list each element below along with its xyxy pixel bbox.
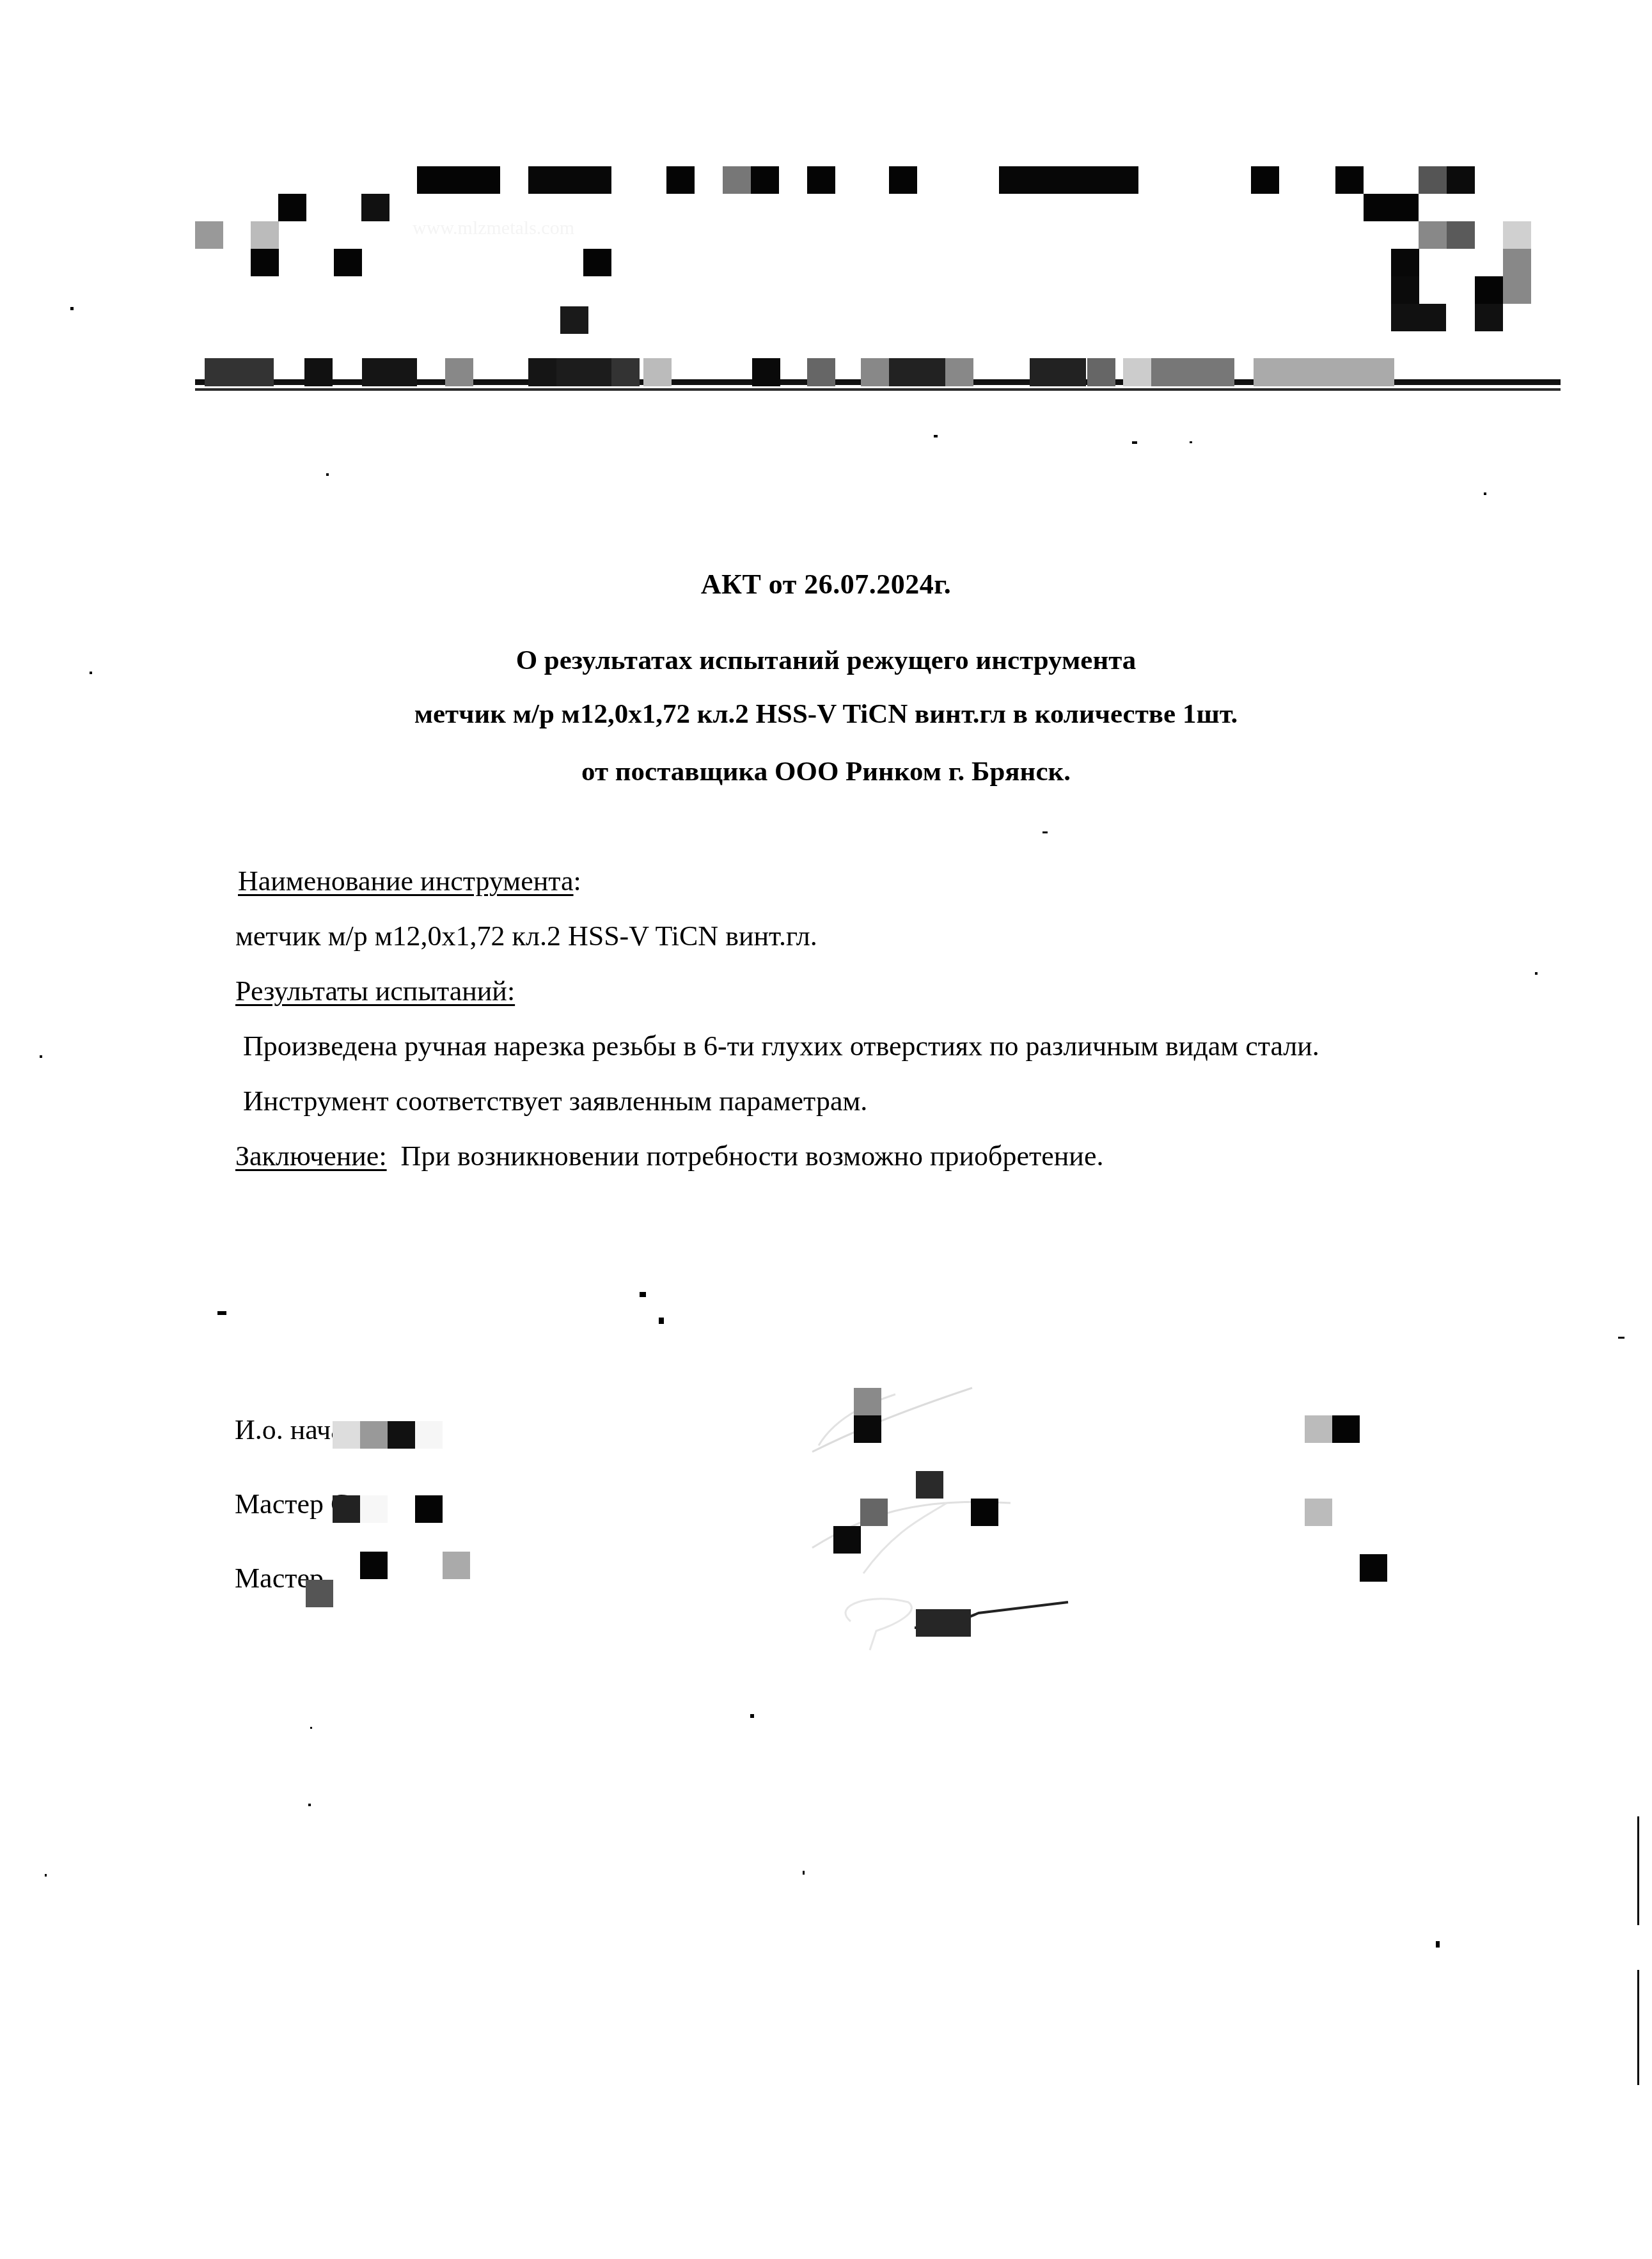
conclusion-label: Заключение: [235, 1140, 387, 1172]
redaction-block [1503, 249, 1531, 276]
redaction-block [1475, 304, 1503, 331]
redaction-block [560, 306, 588, 334]
redaction-block [528, 166, 611, 194]
redaction-block [195, 221, 223, 249]
letterhead-rule-thin [195, 388, 1561, 391]
redaction-block [889, 166, 917, 194]
redaction-block [415, 1421, 443, 1449]
redaction-block [889, 358, 945, 386]
tool-name-label: Наименование инструмента [238, 865, 574, 897]
redaction-block [278, 194, 306, 221]
redaction-block [833, 1526, 861, 1554]
redaction-block [643, 358, 672, 386]
redaction-block [854, 1415, 881, 1443]
redaction-block [306, 1580, 333, 1607]
redaction-block [333, 1421, 360, 1449]
scan-speck [217, 1311, 226, 1315]
results-label: Результаты испытаний: [235, 975, 515, 1007]
redaction-block [360, 1495, 388, 1523]
redaction-block [611, 358, 640, 386]
redaction-block [583, 249, 611, 276]
act-subtitle-1: О результатах испытаний режущего инструм… [0, 645, 1652, 676]
scan-speck [70, 307, 74, 310]
redaction-block [1503, 221, 1531, 249]
redaction-block [251, 221, 279, 249]
conclusion-text: При возникновении потребности возможно п… [401, 1140, 1104, 1172]
redaction-block [1305, 1499, 1332, 1526]
redaction-block [916, 1609, 971, 1637]
redaction-block [1335, 166, 1364, 194]
scan-speck [1535, 972, 1538, 975]
redaction-block [1254, 358, 1394, 386]
redaction-block [999, 166, 1138, 194]
tool-name-colon: : [574, 865, 581, 897]
scan-speck [326, 473, 329, 476]
scan-speck [308, 1804, 311, 1806]
redaction-block [1391, 249, 1419, 276]
redaction-block [556, 358, 611, 386]
redaction-block [807, 166, 835, 194]
results-line-2: Инструмент соответствует заявленным пара… [243, 1085, 867, 1117]
redaction-block [1364, 194, 1419, 221]
redaction-block [971, 1499, 998, 1526]
redaction-block [443, 1552, 470, 1579]
scan-speck [310, 1727, 312, 1729]
scan-speck [1618, 1337, 1624, 1339]
redaction-block [1123, 358, 1151, 386]
redaction-block [205, 358, 274, 386]
scan-speck [640, 1292, 646, 1297]
redaction-block [1419, 166, 1447, 194]
act-subtitle-3: от поставщика ООО Ринком г. Брянск. [0, 756, 1652, 787]
redaction-block [415, 1495, 443, 1523]
scan-speck [45, 1874, 47, 1877]
scan-speck [1637, 1970, 1639, 2085]
redaction-block [1305, 1415, 1332, 1443]
act-subtitle-2: метчик м/р м12,0х1,72 кл.2 HSS-V TiCN ви… [0, 698, 1652, 730]
redaction-block [1475, 276, 1503, 304]
redaction-block [1251, 166, 1279, 194]
redaction-block [1391, 304, 1446, 331]
redaction-block [334, 249, 362, 276]
scan-speck [803, 1871, 805, 1875]
redaction-block [1419, 221, 1447, 249]
redaction-block [1030, 358, 1086, 386]
scan-speck [90, 672, 92, 674]
letterhead-website: www.mlzmetals.com [413, 217, 574, 239]
redaction-block [1503, 276, 1531, 304]
redaction-block [1447, 166, 1475, 194]
redaction-block [1332, 1415, 1360, 1443]
scan-speck [659, 1318, 664, 1324]
scan-speck [1132, 441, 1137, 444]
redaction-block [388, 1421, 415, 1449]
document-page: www.mlzmetals.com АКТ от 26.07.2024г. О … [0, 0, 1652, 2259]
redaction-block [861, 358, 889, 386]
redaction-block [752, 358, 780, 386]
redaction-block [723, 166, 751, 194]
scan-speck [1436, 1941, 1440, 1948]
act-title: АКТ от 26.07.2024г. [0, 568, 1652, 601]
redaction-block [1360, 1554, 1387, 1582]
redaction-block [854, 1388, 881, 1415]
redaction-block [304, 358, 333, 386]
redaction-block [807, 358, 835, 386]
redaction-block [1447, 221, 1475, 249]
scan-speck [1484, 492, 1486, 495]
scan-speck [1637, 1816, 1639, 1925]
redaction-block [333, 1495, 360, 1523]
redaction-block [916, 1471, 943, 1499]
tool-name-heading: Наименование инструмента: [238, 865, 581, 897]
redaction-block [361, 194, 389, 221]
scan-speck [1042, 831, 1048, 833]
redaction-block [251, 249, 279, 276]
redaction-block [1151, 358, 1234, 386]
scan-speck [750, 1714, 754, 1718]
scan-speck [1190, 441, 1192, 443]
redaction-block [528, 358, 556, 386]
redaction-block [360, 1552, 388, 1579]
redaction-block [360, 1421, 388, 1449]
signature-role-1: И.о. нача [235, 1413, 343, 1446]
scan-speck [40, 1055, 42, 1058]
redaction-block [362, 358, 417, 386]
redaction-block [945, 358, 973, 386]
redaction-block [751, 166, 779, 194]
redaction-block [445, 358, 473, 386]
redaction-block [666, 166, 695, 194]
redaction-block [1087, 358, 1115, 386]
redaction-block [417, 166, 500, 194]
results-line-1: Произведена ручная нарезка резьбы в 6-ти… [243, 1030, 1319, 1062]
redaction-block [1391, 276, 1419, 304]
scan-speck [934, 435, 938, 437]
tool-name-value: метчик м/р м12,0х1,72 кл.2 HSS-V TiCN ви… [235, 920, 817, 952]
redaction-block [860, 1499, 888, 1526]
conclusion: Заключение: При возникновении потребност… [235, 1140, 1103, 1172]
